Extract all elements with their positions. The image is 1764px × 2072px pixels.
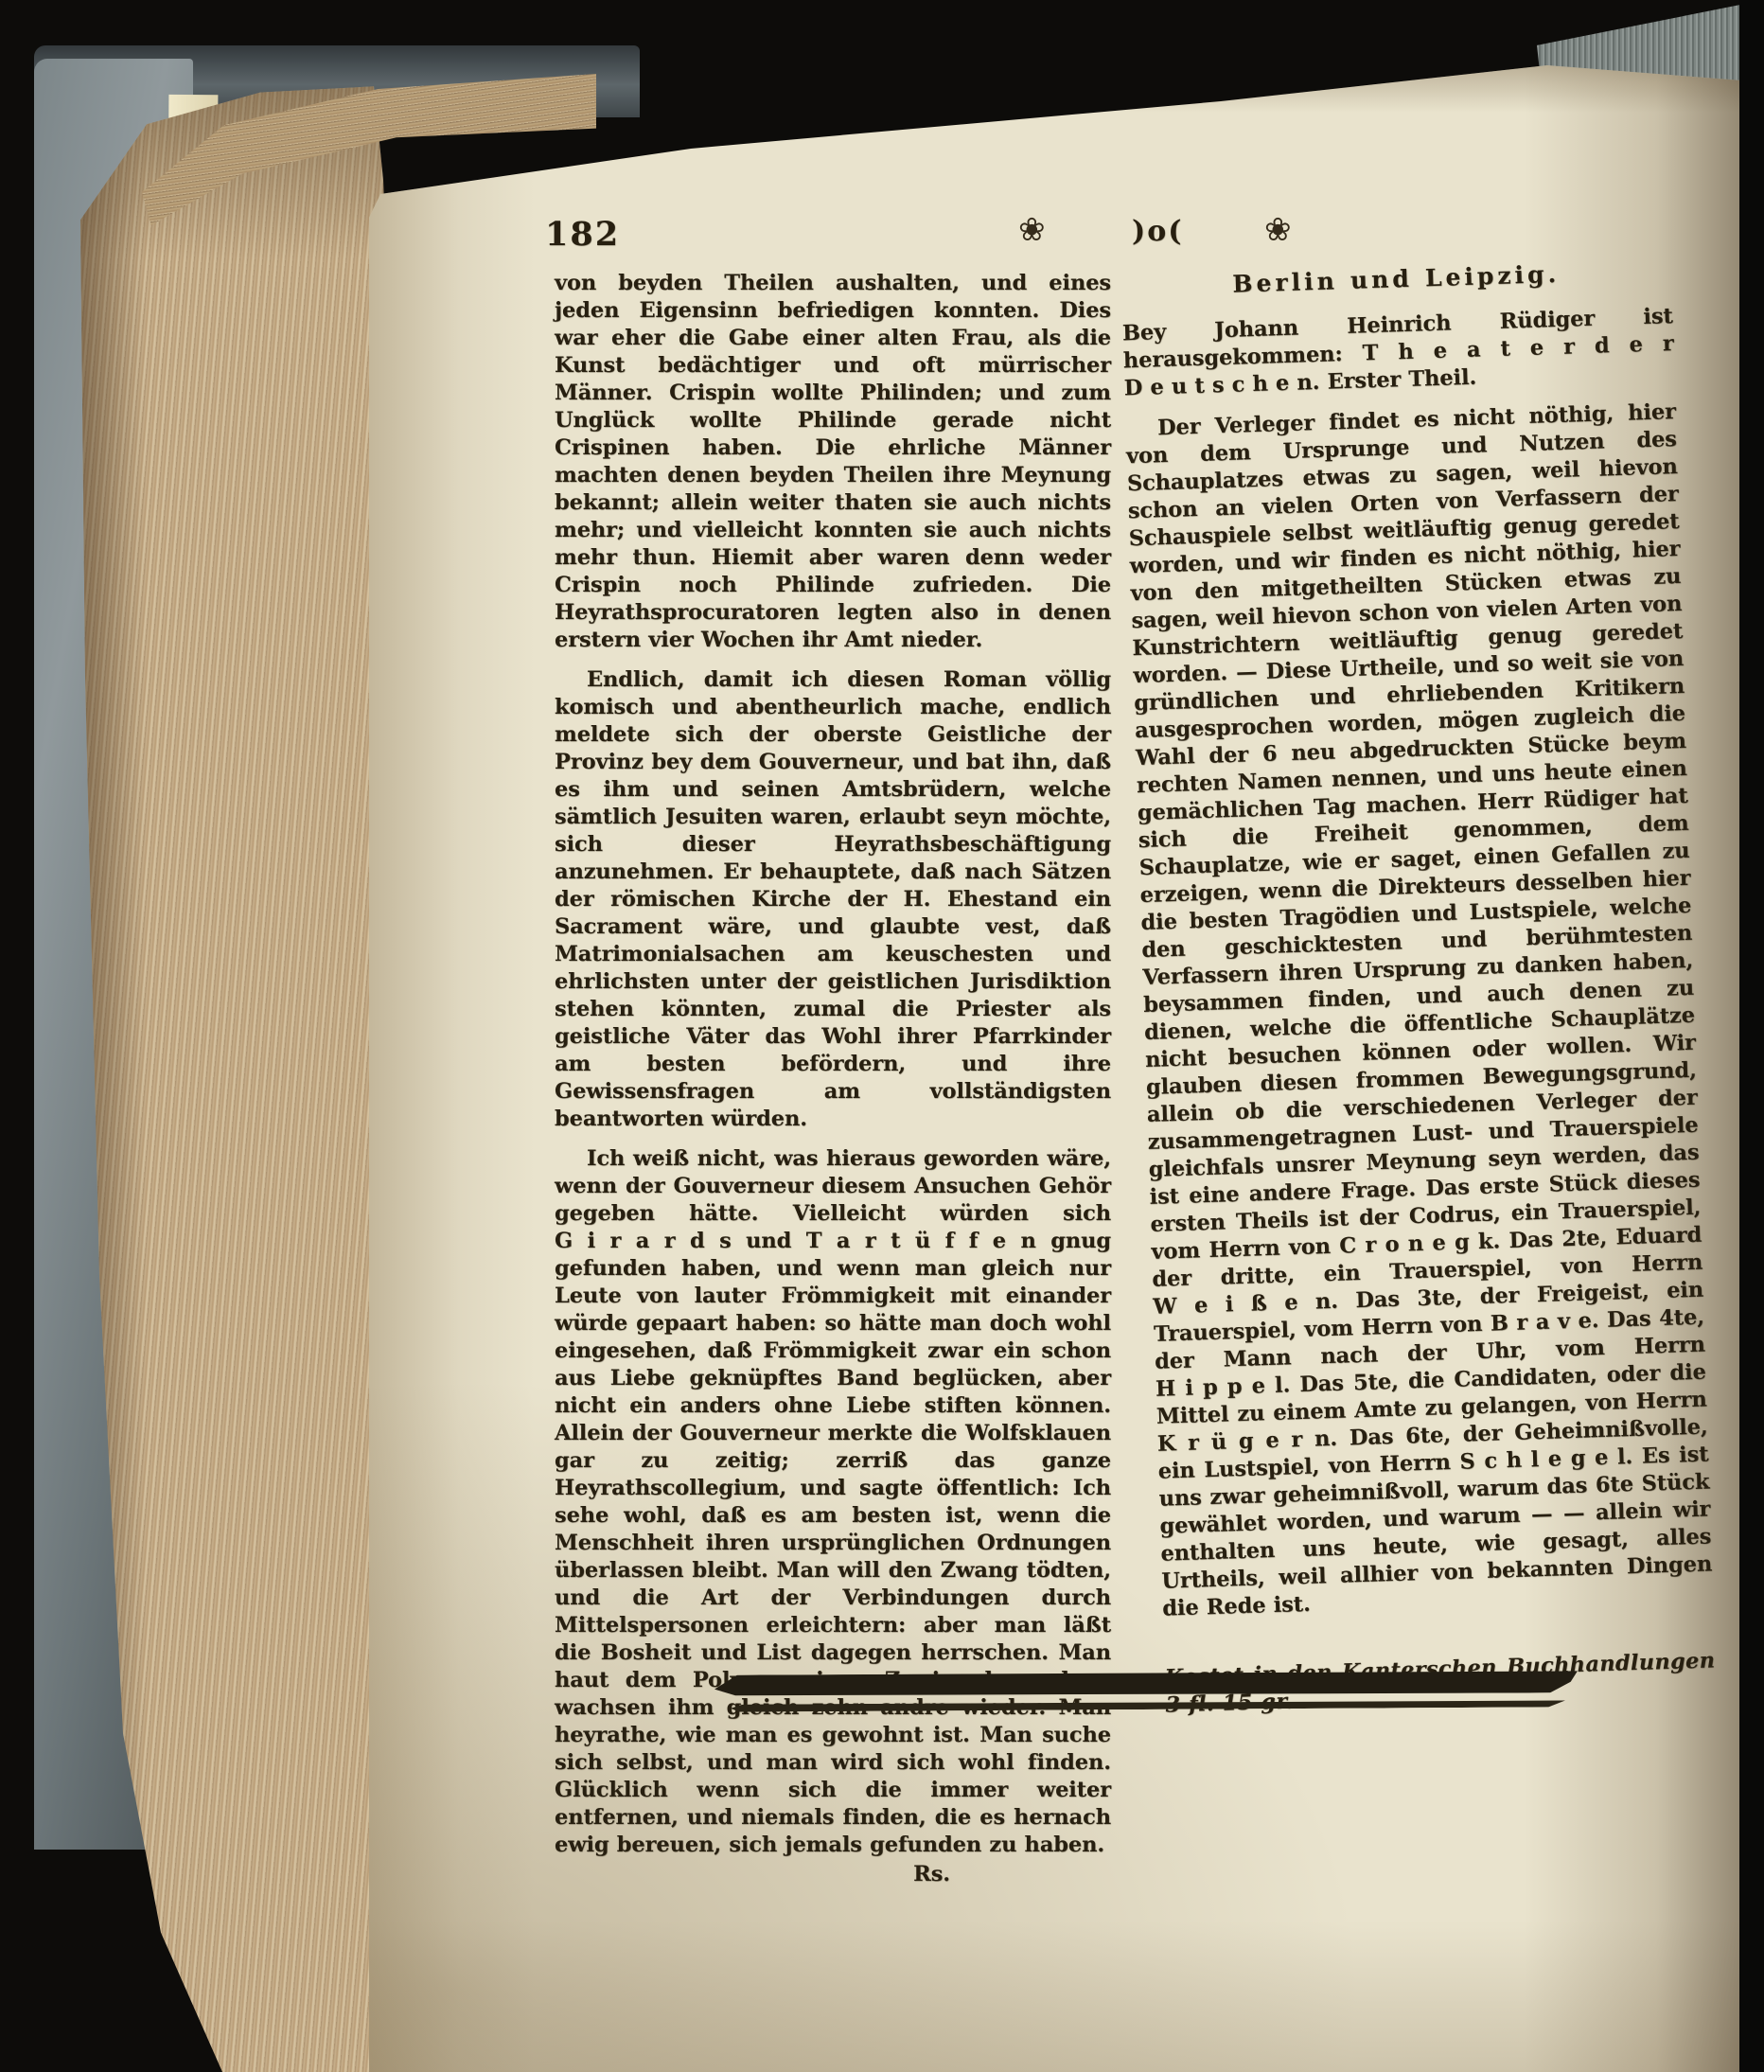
page-number: 182 bbox=[545, 215, 620, 254]
right-shadow-strip bbox=[1739, 0, 1764, 2072]
article-signature: Rs. bbox=[555, 1861, 1111, 1888]
scanned-page: 182 ❀ )o( ❀ von beyden Theilen aushalten… bbox=[369, 52, 1746, 2072]
shell-ornament-right-icon: ❀ bbox=[1264, 211, 1292, 249]
left-text-column: von beyden Theilen aushalten, und eines … bbox=[555, 270, 1111, 1888]
book-scan-photo: 182 ❀ )o( ❀ von beyden Theilen aushalten… bbox=[0, 0, 1764, 2072]
right-text-column: Berlin und Leipzig. Bey Johann Heinrich … bbox=[1120, 257, 1717, 1720]
shell-ornament-left-icon: ❀ bbox=[1018, 211, 1046, 249]
left-paragraph-2: Endlich, damit ich diesen Roman völlig k… bbox=[555, 666, 1111, 1133]
left-paragraph-3: Ich weiß nicht, was hieraus geworden wär… bbox=[555, 1145, 1111, 1859]
section-heading: Berlin und Leipzig. bbox=[1120, 257, 1672, 301]
review-body: Der Verleger findet es nicht nöthig, hie… bbox=[1125, 398, 1714, 1623]
left-paragraph-1: von beyden Theilen aushalten, und eines … bbox=[555, 270, 1111, 654]
publication-announcement: Bey Johann Heinrich Rüdiger ist herausge… bbox=[1122, 303, 1675, 402]
header-center-mark-icon: )o( bbox=[1132, 215, 1183, 248]
